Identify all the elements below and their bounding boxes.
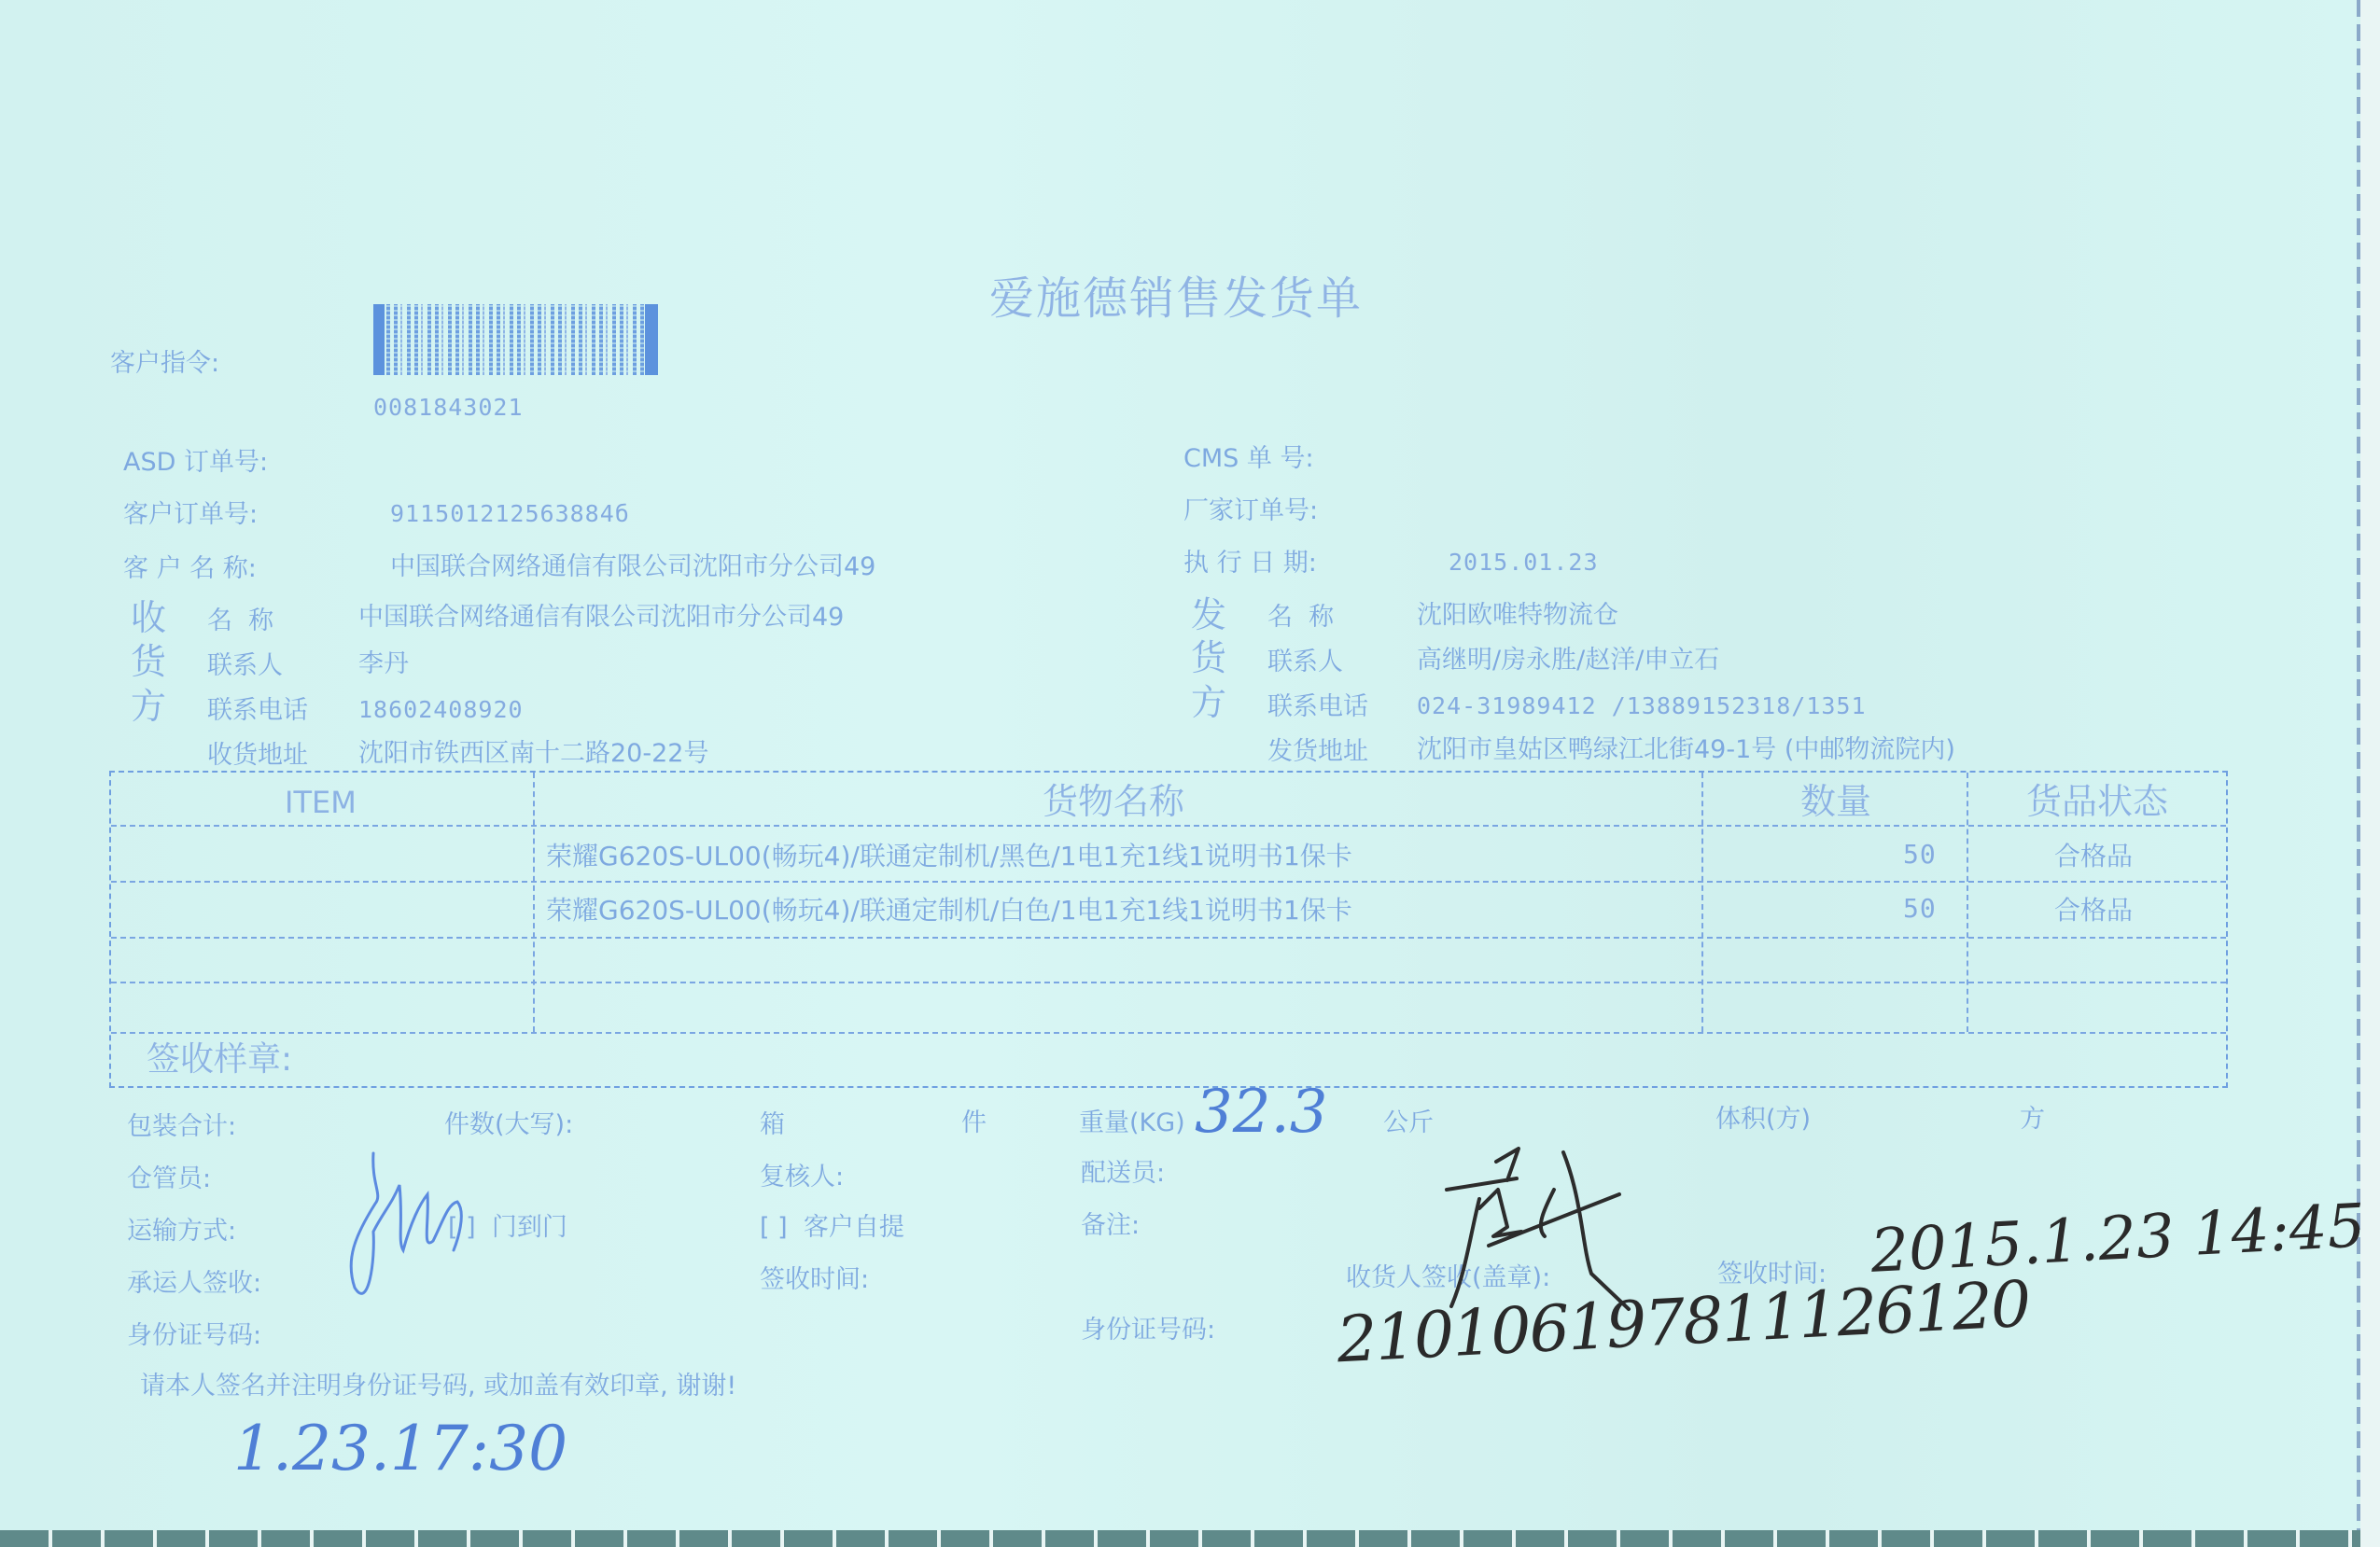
shipper-side-3: 方 bbox=[1191, 685, 1226, 720]
carrier-sign-label: 承运人签收: bbox=[127, 1271, 261, 1296]
perforation-bottom bbox=[0, 1530, 2360, 1547]
sign-sample-label: 签收样章: bbox=[147, 1043, 292, 1077]
package-total-label: 包装合计: bbox=[127, 1114, 236, 1139]
goods-name-cell: 荣耀G620S-UL00(畅玩4)/联通定制机/黑色/1电1充1线1说明书1保卡 bbox=[546, 843, 1352, 870]
table-divider bbox=[111, 825, 2226, 827]
table-divider bbox=[111, 881, 2226, 883]
receiver-side-2: 货 bbox=[131, 644, 166, 679]
weight-label: 重量(KG) bbox=[1079, 1110, 1185, 1136]
column-header-goods-name: 货物名称 bbox=[1043, 784, 1184, 819]
paper-edge bbox=[2360, 0, 2380, 1547]
goods-name-cell: 荣耀G620S-UL00(畅玩4)/联通定制机/白色/1电1充1线1说明书1保卡 bbox=[546, 898, 1352, 924]
cms-no-label: CMS 单 号: bbox=[1183, 446, 1314, 471]
shipper-phone-value: 024-31989412 /13889152318/1351 bbox=[1417, 694, 1867, 718]
receiver-signature-icon bbox=[1442, 1143, 1647, 1311]
asd-order-label: ASD 订单号: bbox=[123, 450, 268, 475]
receiver-address-value: 沈阳市铁西区南十二路20-22号 bbox=[358, 741, 708, 766]
receiver-contact-value: 李丹 bbox=[358, 651, 409, 676]
column-header-quantity: 数量 bbox=[1800, 784, 1871, 819]
notice-text: 请本人签名并注明身份证号码, 或加盖有效印章, 谢谢! bbox=[140, 1373, 736, 1399]
shipper-address-value: 沈阳市皇姑区鸭绿江北街49-1号 (中邮物流院内) bbox=[1417, 737, 1955, 762]
volume-label: 体积(方) bbox=[1715, 1107, 1811, 1132]
customer-order-label: 客户订单号: bbox=[123, 502, 258, 527]
warehouse-keeper-label: 仓管员: bbox=[127, 1166, 211, 1192]
document-title: 爱施德销售发货单 bbox=[989, 276, 1363, 321]
shipper-side-1: 发 bbox=[1191, 597, 1226, 633]
transport-label: 运输方式: bbox=[127, 1219, 236, 1244]
receiver-address-label: 收货地址 bbox=[207, 743, 308, 768]
table-divider bbox=[111, 982, 2226, 983]
shipper-address-label: 发货地址 bbox=[1267, 739, 1368, 764]
shipper-name-value: 沈阳欧唯特物流仓 bbox=[1417, 603, 1618, 628]
receiver-phone-label: 联系电话 bbox=[207, 698, 308, 723]
pieces-caps-label: 件数(大写): bbox=[444, 1112, 573, 1137]
quantity-cell: 50 bbox=[1903, 896, 1937, 922]
unit-piece: 件 bbox=[961, 1110, 987, 1136]
id-number-right-label: 身份证号码: bbox=[1081, 1317, 1215, 1343]
barcode-icon bbox=[373, 304, 658, 375]
shipper-name-label: 名 称 bbox=[1267, 605, 1334, 630]
remark-label: 备注: bbox=[1081, 1213, 1140, 1238]
customer-name-label: 客 户 名 称: bbox=[123, 556, 257, 581]
sign-time-left-label: 签收时间: bbox=[760, 1267, 869, 1292]
customer-name-value: 中国联合网络通信有限公司沈阳市分公司49 bbox=[390, 554, 875, 579]
shipper-contact-label: 联系人 bbox=[1267, 649, 1343, 675]
receiver-side-1: 收 bbox=[131, 600, 166, 635]
receiver-name-label: 名 称 bbox=[207, 608, 273, 634]
goods-table: ITEM 货物名称 数量 货品状态 荣耀G620S-UL00(畅玩4)/联通定制… bbox=[109, 771, 2228, 1088]
table-divider bbox=[111, 1032, 2226, 1034]
receiver-name-value: 中国联合网络通信有限公司沈阳市分公司49 bbox=[358, 605, 844, 630]
table-col-divider bbox=[1967, 773, 1968, 1032]
shipper-contact-value: 高继明/房永胜/赵洋/申立石 bbox=[1417, 648, 1719, 673]
customer-instruction-label: 客户指令: bbox=[110, 351, 219, 376]
shipper-side-2: 货 bbox=[1191, 640, 1226, 676]
handwritten-note: 1.23.17:30 bbox=[233, 1418, 567, 1480]
warehouse-keeper-signature-icon bbox=[317, 1148, 485, 1316]
barcode-number: 0081843021 bbox=[373, 396, 524, 419]
table-col-divider bbox=[533, 773, 535, 1032]
receiver-side-3: 方 bbox=[131, 689, 166, 724]
factory-order-label: 厂家订单号: bbox=[1183, 498, 1318, 523]
weight-unit: 公斤 bbox=[1383, 1110, 1434, 1136]
status-cell: 合格品 bbox=[2054, 898, 2133, 924]
status-cell: 合格品 bbox=[2054, 843, 2133, 870]
volume-unit: 方 bbox=[2020, 1107, 2045, 1132]
transport-pickup-option[interactable]: [ ] 客户自提 bbox=[760, 1215, 904, 1240]
reviewer-label: 复核人: bbox=[760, 1164, 844, 1190]
receiver-contact-label: 联系人 bbox=[207, 653, 283, 678]
id-number-left-label: 身份证号码: bbox=[127, 1323, 261, 1348]
customer-order-value: 911501212563884б bbox=[390, 502, 630, 525]
weight-handwritten: 32.3 bbox=[1195, 1082, 1328, 1142]
exec-date-value: 2015.01.23 bbox=[1449, 551, 1599, 574]
shipper-phone-label: 联系电话 bbox=[1267, 694, 1368, 719]
column-header-status: 货品状态 bbox=[2026, 784, 2168, 819]
table-col-divider bbox=[1701, 773, 1703, 1032]
receiver-phone-value: 18602408920 bbox=[358, 698, 524, 721]
unit-box: 箱 bbox=[760, 1112, 785, 1137]
table-divider bbox=[111, 937, 2226, 939]
exec-date-label: 执 行 日 期: bbox=[1183, 551, 1317, 576]
column-header-item: ITEM bbox=[285, 787, 357, 817]
deliverer-label: 配送员: bbox=[1081, 1161, 1165, 1186]
quantity-cell: 50 bbox=[1903, 842, 1937, 868]
